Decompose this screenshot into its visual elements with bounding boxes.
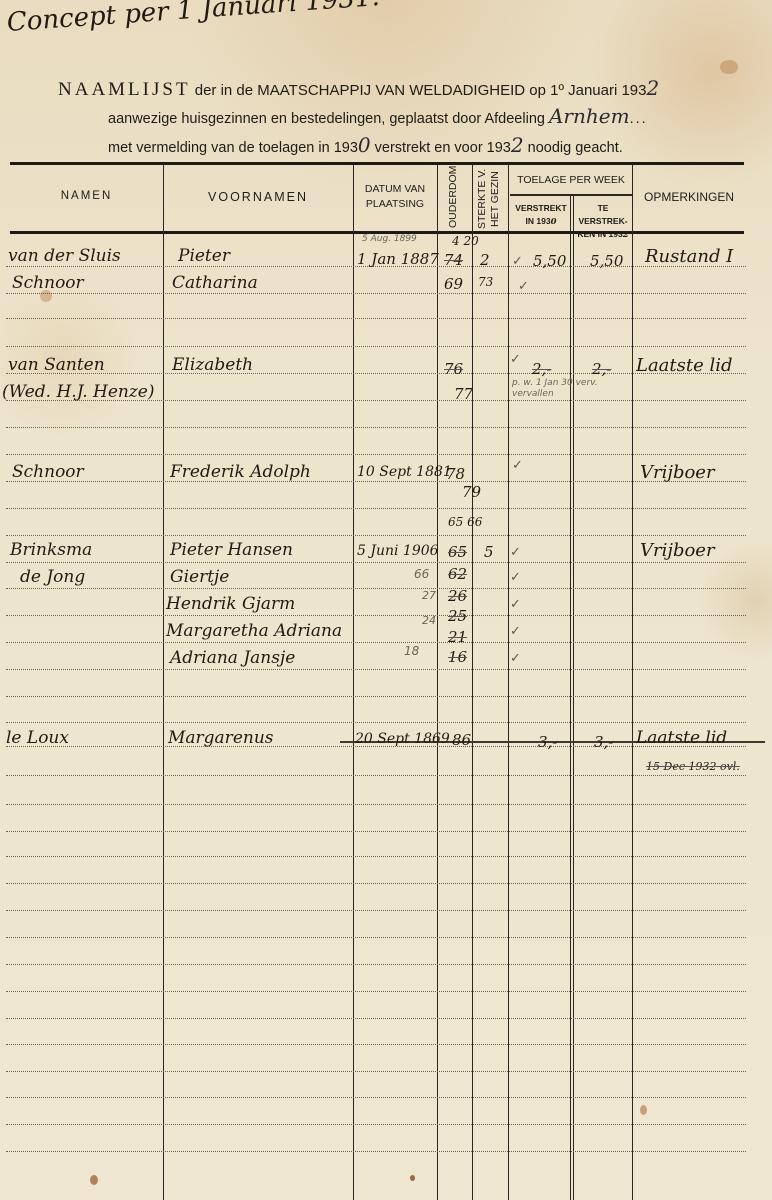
year-fill-a: 0 (358, 133, 371, 157)
check-icon: ✓ (518, 279, 529, 294)
title-line-1: NAAMLIJST der in de MAATSCHAPPIJ VAN WEL… (58, 76, 659, 101)
voornamen-4c: Hendrik Gjarm (166, 594, 295, 614)
ouderdom-5: 86 (452, 731, 471, 749)
toelage-sub-rule (510, 194, 632, 196)
year-fill-b: 2 (511, 133, 524, 157)
opmerkingen-2: Laatste lid (636, 355, 733, 376)
ouderdom-4a: 65 (448, 543, 467, 561)
header-sterkte: STERKTE V. HET GEZIN (476, 168, 504, 230)
namen-2a: van Santen (8, 355, 105, 375)
datum-4: 5 Juni 1906 (357, 543, 439, 559)
namen-1b: Schnoor (12, 273, 84, 293)
ouderdom-2a: 76 (444, 360, 463, 378)
title-line-3-text-c: noodig geacht. (528, 140, 623, 156)
check-icon: ✓ (510, 570, 521, 585)
opmerkingen-1: Rustand I (645, 246, 733, 267)
namen-1a: van der Sluis (8, 246, 121, 266)
sterkte-1b: 73 (478, 275, 493, 289)
check-icon: ✓ (510, 624, 521, 639)
datum-note-1: 5 Aug. 1899 (362, 234, 417, 244)
paper-stain (720, 60, 738, 74)
ouderdom-pencil-4a: 66 (414, 567, 429, 581)
ouderdom-1a: 74 (444, 251, 463, 269)
pencil-note-2: p. w. 1 Jan 30 verv. vervallen (512, 378, 630, 400)
ouderdom-pencil-4d: 18 (404, 644, 419, 658)
datum-3: 10 Sept 1881 (357, 464, 452, 480)
namen-2b: (Wed. H.J. Henze) (2, 382, 155, 402)
datum-5: 20 Sept 1869 (355, 731, 450, 747)
title-line-3: met vermelding van de toelagen in 1930 v… (108, 133, 623, 157)
verstrekt-1: 5,50 (533, 252, 566, 270)
header-te-verstrekken: TE VERSTREK- KEN IN 1932 (574, 202, 632, 242)
title-line-2: aanwezige huisgezinnen en bestedelingen,… (108, 104, 648, 128)
voornamen-4e: Adriana Jansje (170, 648, 295, 668)
ouderdom-2b: 77 (454, 385, 473, 403)
header-ouderdom: OUDERDOM (447, 170, 460, 228)
title-line-2-text: aanwezige huisgezinnen en bestedelingen,… (108, 111, 545, 127)
header-datum: DATUM VAN PLAATSING (358, 182, 432, 212)
namen-3: Schnoor (12, 462, 84, 482)
voornamen-1b: Catharina (172, 273, 258, 293)
sterkte-1a: 2 (480, 251, 490, 269)
te-verstrekken-2: 2,- (592, 360, 611, 378)
check-icon: ✓ (512, 458, 523, 473)
voornamen-2: Elizabeth (172, 355, 253, 375)
opmerkingen-3: Vrijboer (640, 462, 715, 483)
voornamen-1a: Pieter (178, 246, 230, 266)
voornamen-4b: Giertje (170, 567, 229, 587)
header-voornamen: VOORNAMEN (163, 190, 353, 204)
ouderdom-4c: 26 (448, 587, 467, 605)
te-verstrekken-5: 3,- (594, 733, 613, 751)
check-icon: ✓ (510, 545, 521, 560)
verstrekt-2: 2,- (532, 360, 551, 378)
ouderdom-note-4: 65 66 (448, 515, 482, 529)
voornamen-4a: Pieter Hansen (170, 540, 293, 560)
ouderdom-4d: 25 (448, 607, 467, 625)
ouderdom-3b: 79 (462, 483, 481, 501)
year-fill: 2 (647, 76, 660, 100)
header-verstrekt: VERSTREKT IN 1930 (512, 202, 570, 229)
verstrekt-5: 3,- (538, 733, 557, 751)
header-opmerkingen: OPMERKINGEN (634, 190, 744, 204)
ouderdom-4e: 21 (448, 628, 467, 646)
check-icon: ✓ (510, 597, 521, 612)
te-verstrekken-1: 5,50 (590, 252, 623, 270)
header-namen: NAMEN (10, 190, 163, 202)
check-icon: ✓ (510, 352, 521, 367)
ouderdom-3a: 78 (446, 465, 465, 483)
check-icon: ✓ (512, 254, 523, 269)
ouderdom-note-1: 4 20 (452, 234, 479, 248)
datum-1: 1 Jan 1887 (357, 250, 439, 268)
paper-stain (410, 1175, 415, 1181)
annotation-concept: Concept per 1 Januari 1931. (6, 0, 381, 38)
namen-5: le Loux (6, 728, 69, 748)
voornamen-4d: Margaretha Adriana (166, 621, 342, 641)
namen-4b: de Jong (20, 567, 85, 587)
paper-stain (640, 1105, 647, 1115)
ouderdom-1b: 69 (444, 275, 463, 293)
voornamen-5: Margarenus (168, 728, 274, 748)
header-toelage: TOELAGE PER WEEK (510, 174, 632, 186)
title-line-1-text: der in de MAATSCHAPPIJ VAN WELDADIGHEID … (195, 82, 647, 99)
ouderdom-pencil-4c: 24 (422, 614, 436, 627)
ouderdom-4b: 62 (448, 565, 467, 583)
opmerkingen-5: Laatste lid (636, 728, 727, 748)
paper-stain (90, 1175, 98, 1185)
opmerkingen-4: Vrijboer (640, 540, 715, 561)
namen-4a: Brinksma (10, 540, 92, 560)
title-line-3-text-a: met vermelding van de toelagen in 193 (108, 140, 358, 156)
voornamen-3: Frederik Adolph (170, 462, 311, 482)
sterkte-4: 5 (484, 543, 494, 561)
title-line-3-text-b: verstrekt en voor 193 (375, 140, 511, 156)
header-top-rule (10, 162, 744, 165)
afdeeling-fill: Arnhem (549, 104, 630, 128)
check-icon: ✓ (510, 651, 521, 666)
opmerkingen-note-5: 15 Dec 1932 ovl. (646, 760, 740, 773)
title-heading: NAAMLIJST (58, 79, 191, 100)
ouderdom-pencil-4b: 27 (422, 589, 436, 602)
ouderdom-4f: 16 (448, 648, 467, 666)
